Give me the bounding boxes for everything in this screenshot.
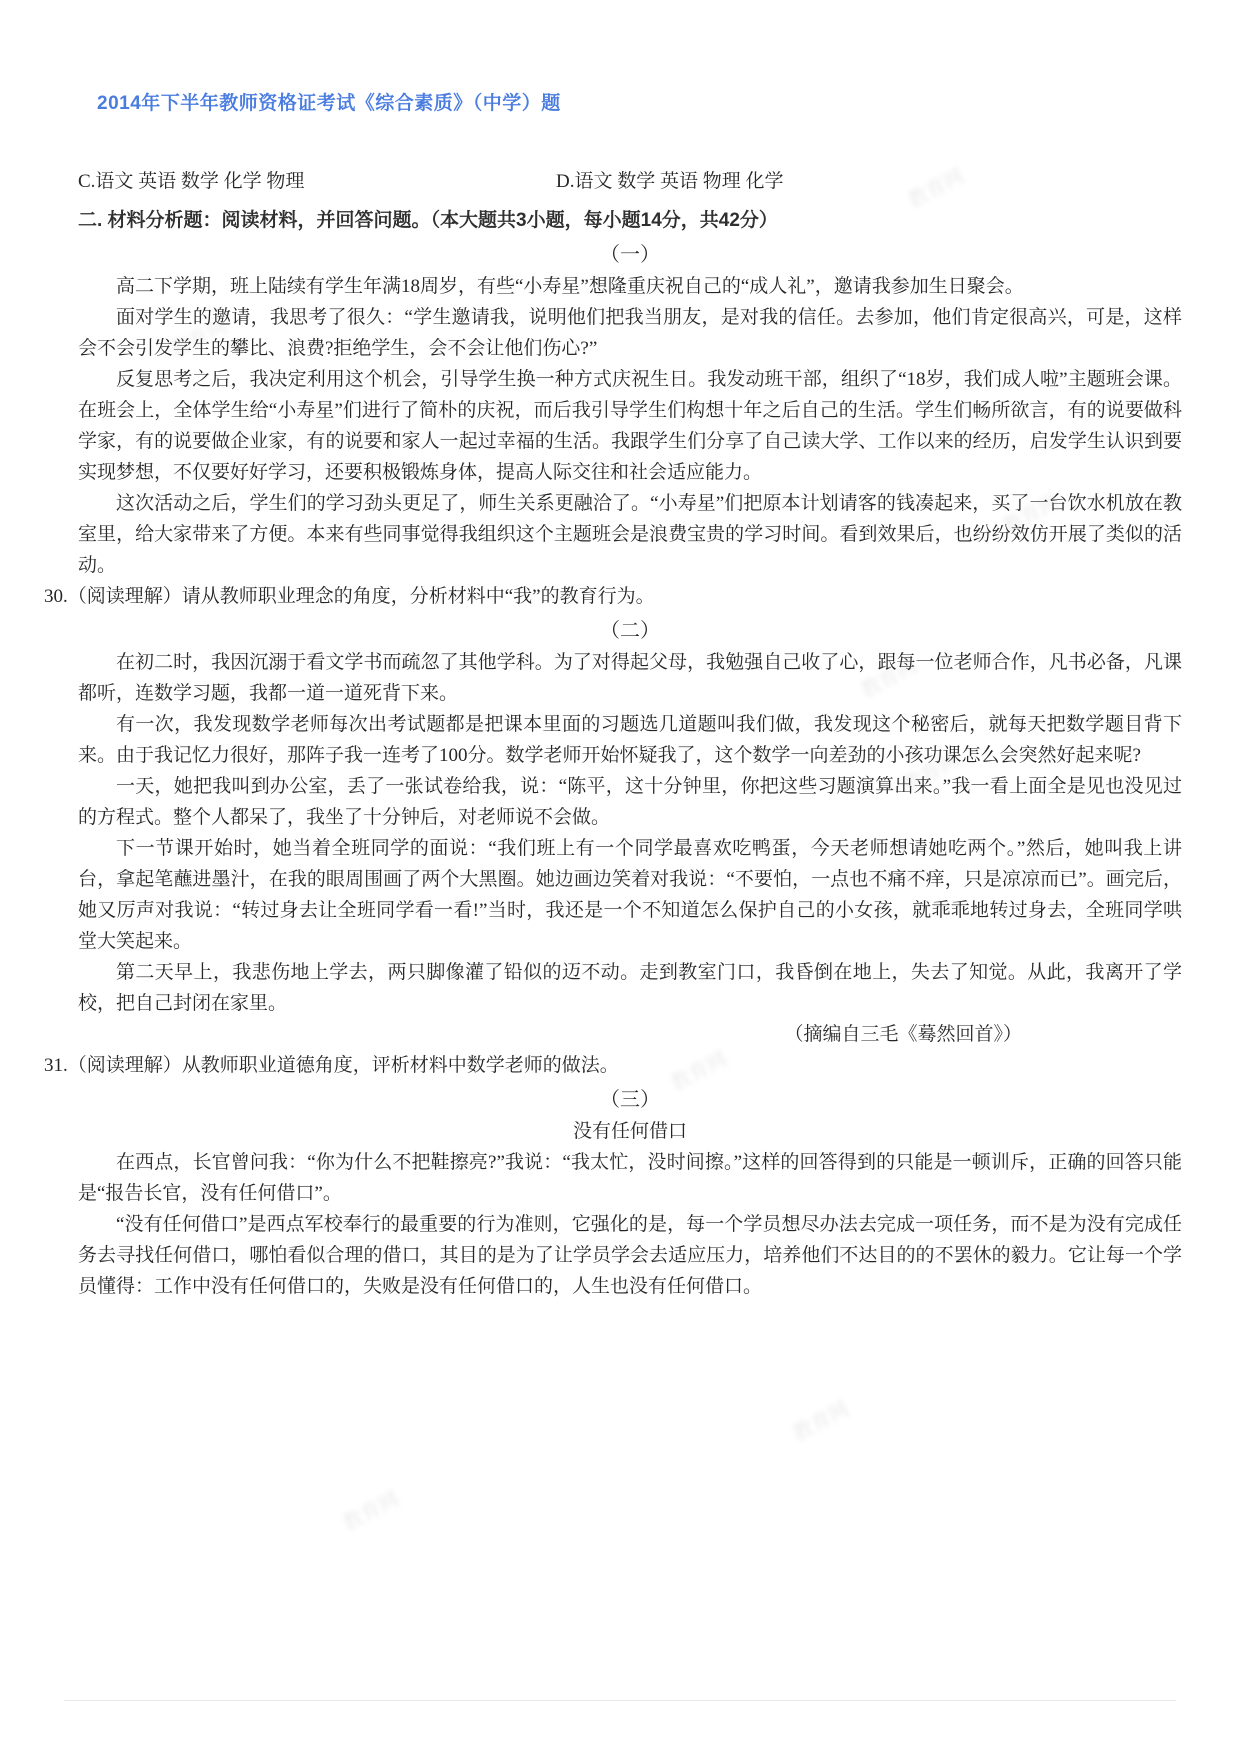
section-heading: 二. 材料分析题：阅读材料，并回答问题。（本大题共3小题，每小题14分，共42分… xyxy=(78,205,1182,236)
question-31: 31.（阅读理解）从教师职业道德角度，评析材料中数学老师的做法。 xyxy=(44,1050,1182,1081)
question-30: 30.（阅读理解）请从教师职业理念的角度，分析材料中“我”的教育行为。 xyxy=(44,581,1182,612)
material-2-citation: （摘编自三毛《蓦然回首》） xyxy=(78,1019,1182,1050)
material-3-subtitle: 没有任何借口 xyxy=(78,1116,1182,1147)
material-3-paragraph: 在西点，长官曾问我：“你为什么不把鞋擦亮?”我说：“我太忙，没时间擦。”这样的回… xyxy=(78,1147,1182,1209)
material-2-paragraph: 第二天早上，我悲伤地上学去，两只脚像灌了铅似的迈不动。走到教室门口，我昏倒在地上… xyxy=(78,957,1182,1019)
material-3-label: （三） xyxy=(78,1085,1182,1116)
material-2-paragraph: 在初二时，我因沉溺于看文学书而疏忽了其他学科。为了对得起父母，我勉强自己收了心，… xyxy=(78,647,1182,709)
answer-options-row: C.语文 英语 数学 化学 物理 D.语文 数学 英语 物理 化学 xyxy=(78,166,1182,197)
material-2-paragraph: 一天，她把我叫到办公室，丢了一张试卷给我，说：“陈平，这十分钟里，你把这些习题演… xyxy=(78,771,1182,833)
material-1-paragraph: 面对学生的邀请，我思考了很久：“学生邀请我，说明他们把我当朋友，是对我的信任。去… xyxy=(78,302,1182,364)
exam-document-page: 2014年下半年教师资格证考试《综合素质》（中学）题 C.语文 英语 数学 化学… xyxy=(0,0,1240,1754)
document-body: C.语文 英语 数学 化学 物理 D.语文 数学 英语 物理 化学 二. 材料分… xyxy=(78,166,1182,1302)
option-c: C.语文 英语 数学 化学 物理 xyxy=(78,166,556,197)
material-1-paragraph: 这次活动之后，学生们的学习劲头更足了，师生关系更融洽了。“小寿星”们把原本计划请… xyxy=(78,488,1182,581)
material-3-paragraph: “没有任何借口”是西点军校奉行的最重要的行为准则，它强化的是，每一个学员想尽办法… xyxy=(78,1209,1182,1302)
option-d: D.语文 数学 英语 物理 化学 xyxy=(556,166,783,197)
watermark: 教育网 xyxy=(337,1483,404,1537)
material-2-label: （二） xyxy=(78,616,1182,647)
material-1-paragraph: 反复思考之后，我决定利用这个机会，引导学生换一种方式庆祝生日。我发动班干部，组织… xyxy=(78,364,1182,488)
material-2-paragraph: 有一次，我发现数学老师每次出考试题都是把课本里面的习题选几道题叫我们做，我发现这… xyxy=(78,709,1182,771)
footer-divider xyxy=(64,1700,1176,1701)
material-2-paragraph: 下一节课开始时，她当着全班同学的面说：“我们班上有一个同学最喜欢吃鸭蛋，今天老师… xyxy=(78,833,1182,957)
watermark: 教育网 xyxy=(787,1393,854,1447)
page-title: 2014年下半年教师资格证考试《综合素质》（中学）题 xyxy=(97,88,561,115)
material-1-paragraph: 高二下学期，班上陆续有学生年满18周岁，有些“小寿星”想隆重庆祝自己的“成人礼”… xyxy=(78,271,1182,302)
material-1-label: （一） xyxy=(78,240,1182,271)
